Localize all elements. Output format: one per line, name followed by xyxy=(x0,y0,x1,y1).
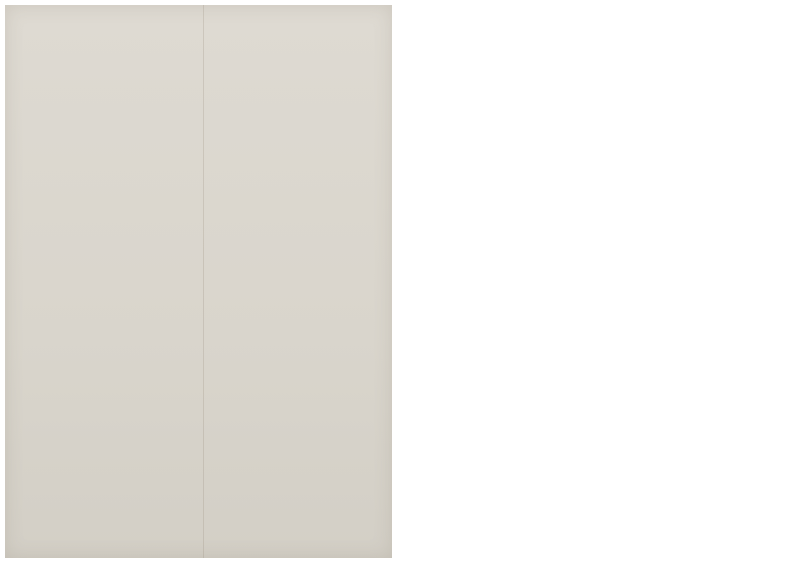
fold-line xyxy=(203,5,204,558)
letter-sheet-left xyxy=(5,5,392,558)
